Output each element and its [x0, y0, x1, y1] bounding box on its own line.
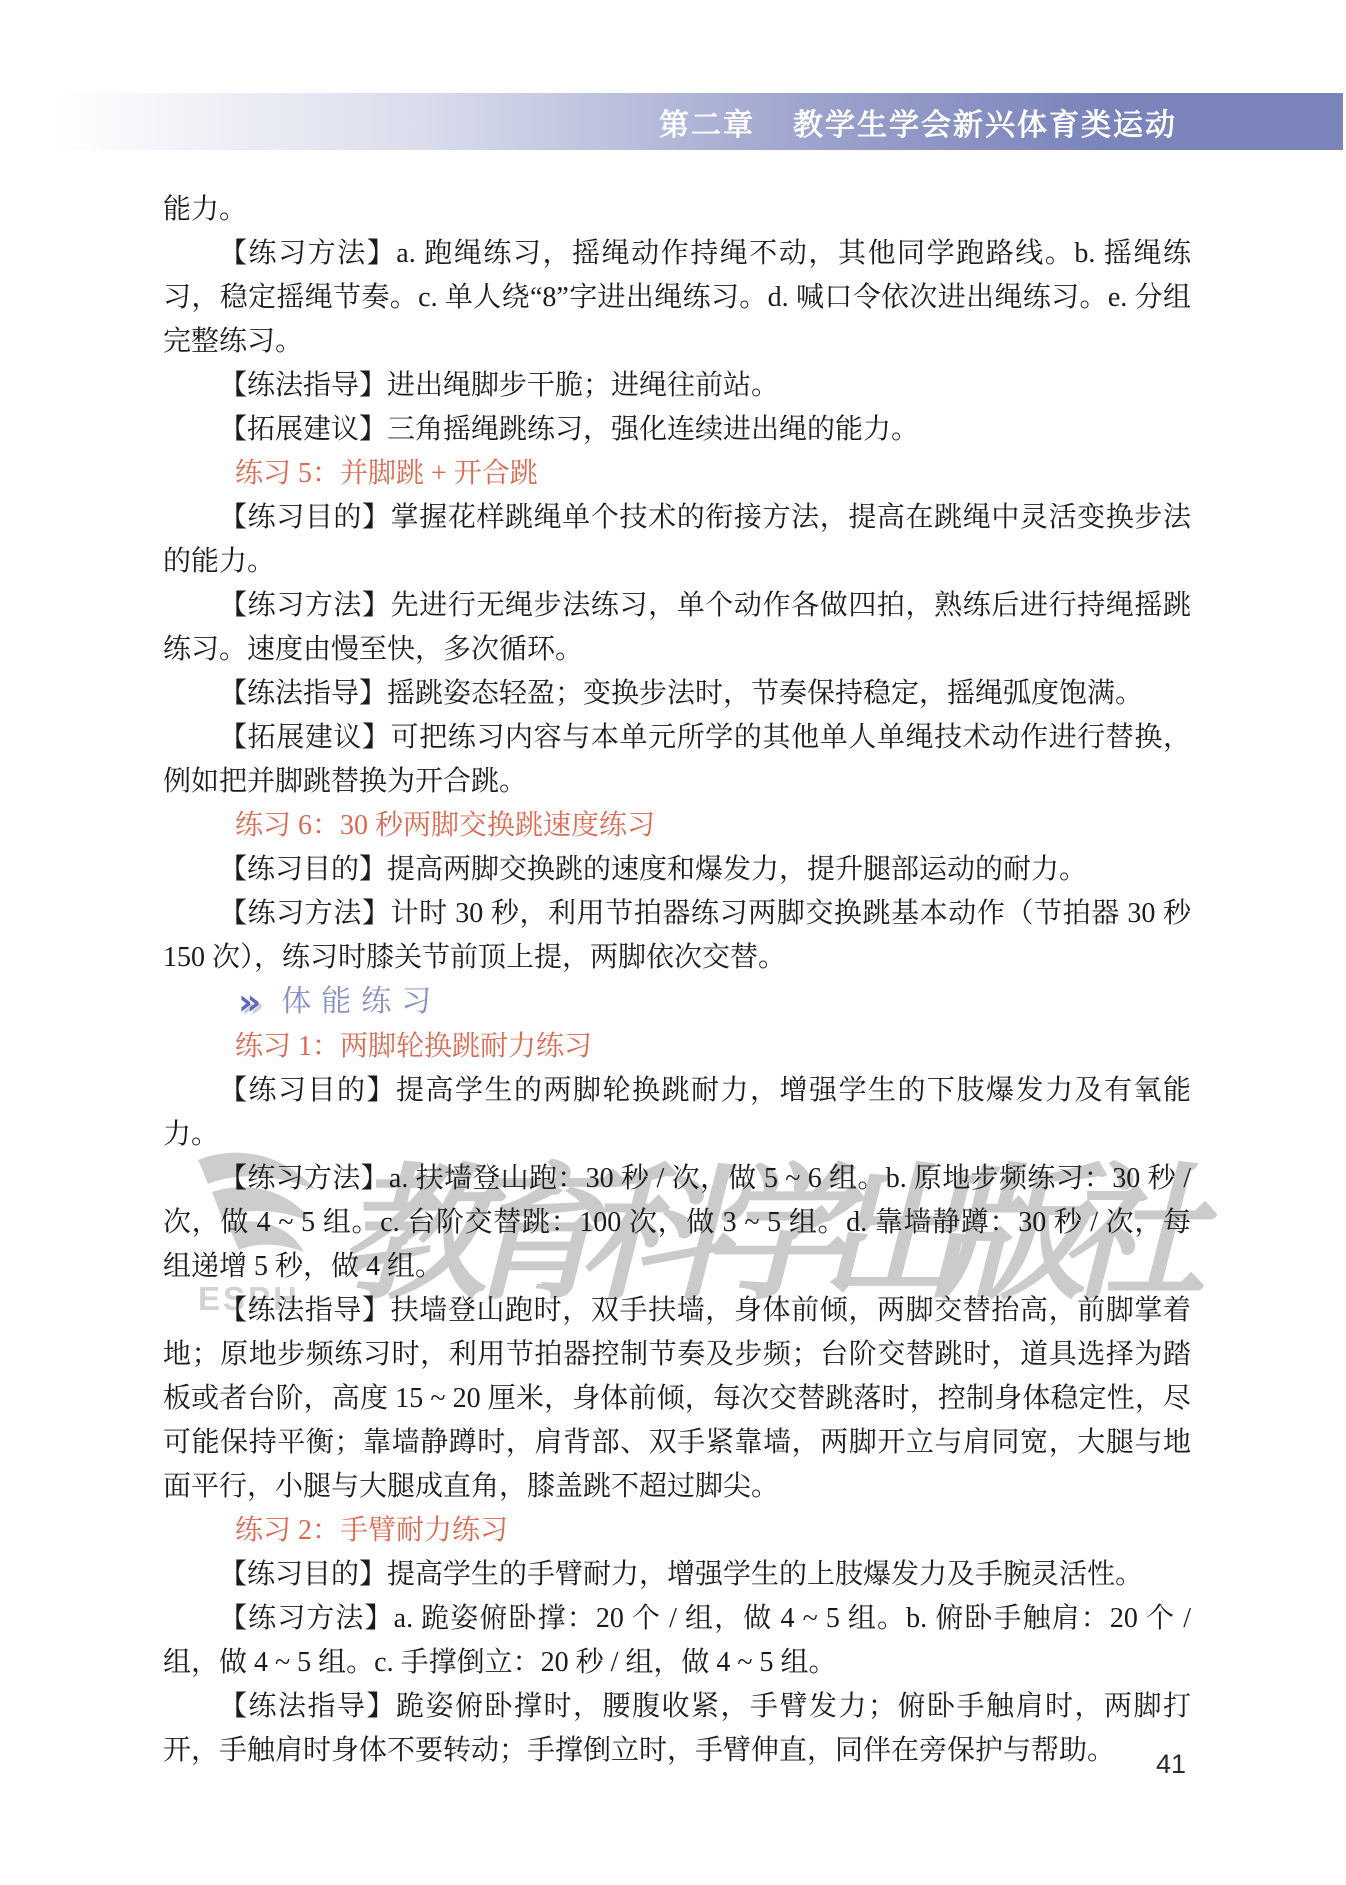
exercise-heading: 练习 2：手臂耐力练习: [163, 1509, 1191, 1553]
paragraph: 【练习目的】掌握花样跳绳单个技术的衔接方法，提高在跳绳中灵活变换步法的能力。: [163, 496, 1191, 584]
paragraph: 【拓展建议】可把练习内容与本单元所学的其他单人单绳技术动作进行替换，例如把并脚跳…: [163, 716, 1191, 804]
chapter-title: 教学生学会新兴体育类运动: [793, 100, 1177, 144]
section-heading: »体能练习: [163, 980, 1191, 1025]
paragraph: 【练法指导】摇跳姿态轻盈；变换步法时，节奏保持稳定，摇绳弧度饱满。: [163, 672, 1191, 716]
paragraph: 【练习目的】提高两脚交换跳的速度和爆发力，提升腿部运动的耐力。: [163, 848, 1191, 892]
paragraph: 【练习目的】提高学生的两脚轮换跳耐力，增强学生的下肢爆发力及有氧能力。: [163, 1069, 1191, 1157]
paragraph: 【拓展建议】三角摇绳跳练习，强化连续进出绳的能力。: [163, 408, 1191, 452]
double-chevron-icon: »: [238, 985, 261, 1021]
section-heading-label: 体能练习: [281, 985, 441, 1018]
exercise-heading: 练习 5：并脚跳 + 开合跳: [163, 452, 1191, 496]
paragraph: 【练习目的】提高学生的手臂耐力，增强学生的上肢爆发力及手腕灵活性。: [163, 1553, 1191, 1597]
paragraph: 【练习方法】a. 扶墙登山跑：30 秒 / 次，做 5 ~ 6 组。b. 原地步…: [163, 1157, 1191, 1289]
paragraph: 【练习方法】先进行无绳步法练习，单个动作各做四拍，熟练后进行持绳摇跳练习。速度由…: [163, 584, 1191, 672]
page-number: 41: [1156, 1749, 1186, 1780]
paragraph: 【练法指导】进出绳脚步干脆；进绳往前站。: [163, 364, 1191, 408]
exercise-heading: 练习 1：两脚轮换跳耐力练习: [163, 1025, 1191, 1069]
chapter-header-bar: 第二章 教学生学会新兴体育类运动: [0, 93, 1343, 150]
paragraph: 能力。: [163, 188, 1191, 232]
paragraph: 【练习方法】a. 跑绳练习，摇绳动作持绳不动，其他同学跑路线。b. 摇绳练习，稳…: [163, 232, 1191, 364]
paragraph: 【练习方法】计时 30 秒，利用节拍器练习两脚交换跳基本动作（节拍器 30 秒 …: [163, 892, 1191, 980]
chapter-number: 第二章: [659, 100, 755, 144]
paragraph: 【练法指导】跪姿俯卧撑时，腰腹收紧，手臂发力；俯卧手触肩时，两脚打开，手触肩时身…: [163, 1685, 1191, 1773]
paragraph: 【练习方法】a. 跪姿俯卧撑：20 个 / 组，做 4 ~ 5 组。b. 俯卧手…: [163, 1597, 1191, 1685]
paragraph: 【练法指导】扶墙登山跑时，双手扶墙，身体前倾，两脚交替抬高，前脚掌着地；原地步频…: [163, 1289, 1191, 1509]
page-body: 能力。 【练习方法】a. 跑绳练习，摇绳动作持绳不动，其他同学跑路线。b. 摇绳…: [163, 188, 1191, 1773]
exercise-heading: 练习 6：30 秒两脚交换跳速度练习: [163, 804, 1191, 848]
